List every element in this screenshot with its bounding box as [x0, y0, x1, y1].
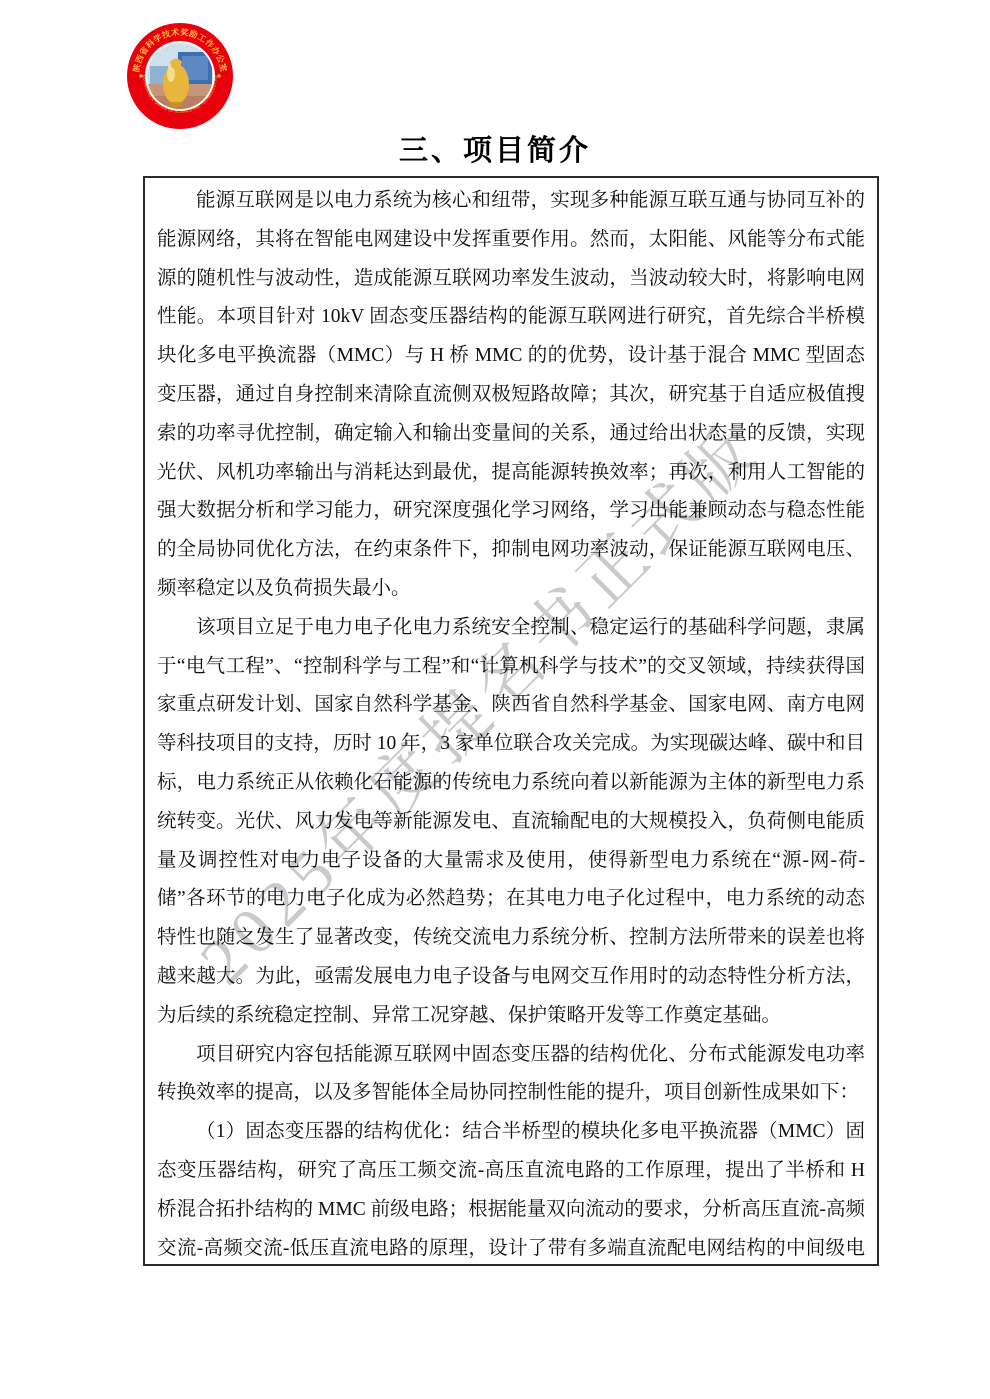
document-page: { "logo": { "ring_text": "陕西省科学技术奖励工作办公室…	[0, 0, 990, 1399]
seal-photo	[147, 43, 213, 109]
section-title: 三、项目简介	[0, 128, 990, 169]
paragraph-innovation-1: （1）固态变压器的结构优化：结合半桥型的模块化多电平换流器（MMC）固态变压器结…	[157, 1113, 865, 1266]
paragraph-research-scope: 项目研究内容包括能源互联网中固态变压器的结构优化、分布式能源发电功率转换效率的提…	[157, 1036, 865, 1114]
paragraph-background: 该项目立足于电力电子化电力系统安全控制、稳定运行的基础科学问题，隶属于“电气工程…	[157, 609, 865, 1036]
seal-icon: 陕西省科学技术奖励工作办公室 SHAANXI PROVINCE OFFICE O…	[126, 22, 234, 130]
paragraph-overview: 能源互联网是以电力系统为核心和纽带，实现多种能源互联互通与协同互补的能源网络，其…	[157, 182, 865, 609]
project-intro-box: 能源互联网是以电力系统为核心和纽带，实现多种能源互联互通与协同互补的能源网络，其…	[143, 176, 879, 1266]
agency-seal-logo: 陕西省科学技术奖励工作办公室 SHAANXI PROVINCE OFFICE O…	[126, 22, 234, 130]
